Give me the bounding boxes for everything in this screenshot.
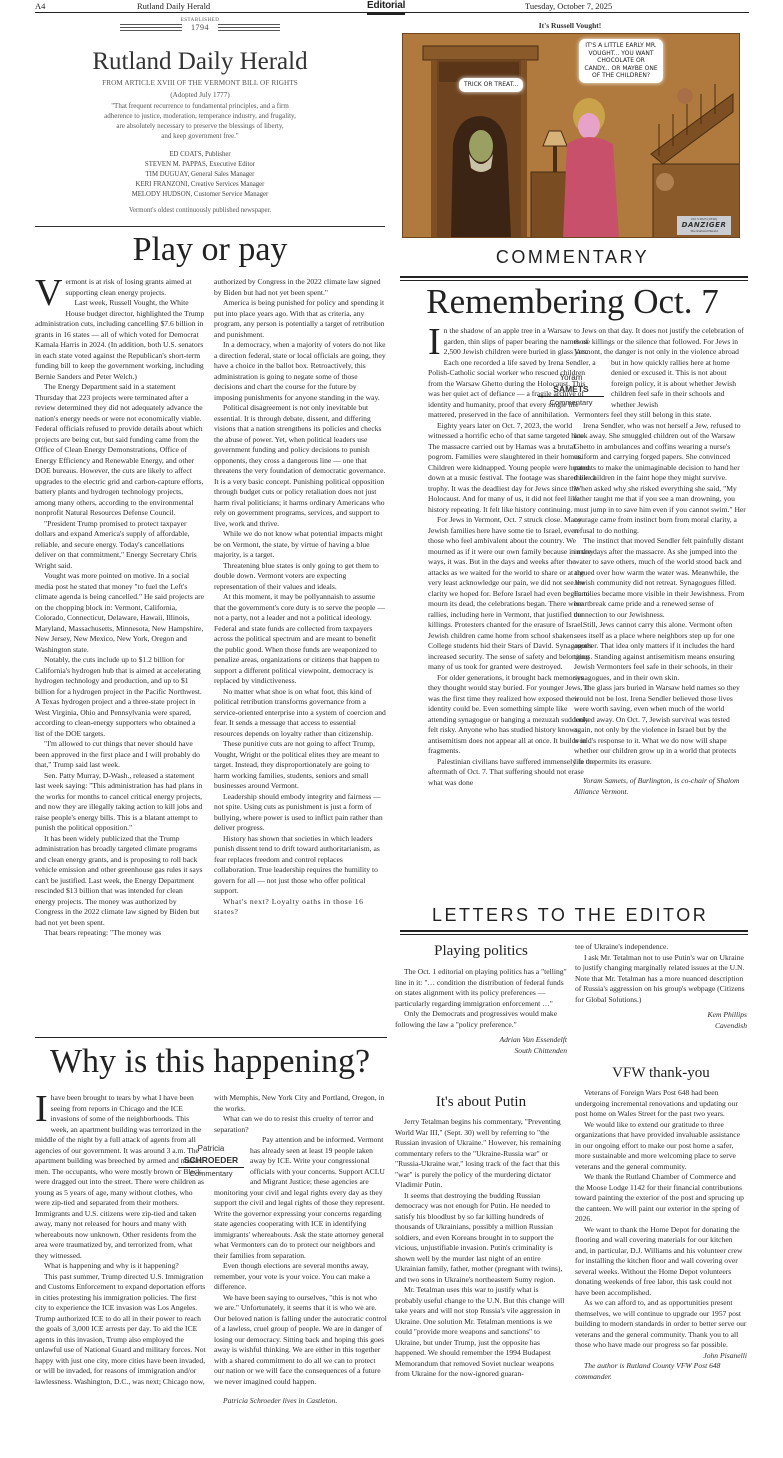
paragraph: Pay attention and be informed. Vermont h… (214, 1135, 387, 1188)
paragraph: Veterans of Foreign Wars Post 648 had be… (575, 1088, 747, 1120)
letter-vfw-thank-you: Veterans of Foreign Wars Post 648 had be… (575, 1088, 747, 1382)
paragraph: tee of Ukraine's independence. (575, 942, 747, 953)
editorial-column-2: authorized by Congress in the 2022 clima… (214, 277, 386, 918)
paragraph: "President Trump promised to protect tax… (35, 519, 205, 572)
letter-title: It's about Putin (395, 1093, 567, 1111)
paragraph: Still, Jews cannot carry this alone. Ver… (574, 620, 746, 683)
page-number: A4 (35, 0, 45, 12)
quote-line: "That frequent recurrence to fundamental… (35, 101, 365, 111)
paragraph: It has been widely publicized that the T… (35, 834, 205, 929)
double-divider (400, 930, 748, 935)
commentary-section-label: COMMENTARY (400, 247, 745, 268)
editorial-column-1: V ermont is at risk of losing grants aim… (35, 277, 205, 939)
author-note: Yoram Samets, of Burlington, is co-chair… (574, 776, 746, 797)
paragraph: Only the Democrats and progressives woul… (395, 1009, 567, 1030)
letter-playing-politics: The Oct. 1 editorial on playing politics… (395, 967, 567, 1056)
paragraph: The Energy Department said in a statemen… (35, 382, 205, 519)
issue-date: Tuesday, October 7, 2025 (525, 0, 612, 12)
quote-line: and keep government free." (35, 131, 365, 141)
speech-bubble-left: TRICK OR TREAT... (459, 78, 523, 92)
paragraph: Threatening blue states is only going to… (214, 561, 386, 593)
masthead-title: Rutland Daily Herald (35, 49, 365, 75)
letters-section-label: LETTERS TO THE EDITOR (432, 905, 742, 926)
paragraph: Mr. Tetalman uses this war to justify wh… (395, 1285, 567, 1380)
paragraph: Political disagreement is not only inevi… (214, 403, 386, 529)
cartoon-caption: It's Russell Vought! (400, 21, 740, 30)
paragraph: Eighty years later on Oct. 7, 2023, the … (428, 421, 596, 516)
established-badge: ESTABLISHED 1794 (178, 17, 222, 31)
divider (35, 226, 385, 227)
paragraph: to Jews on that day. It does not justify… (574, 326, 746, 358)
staff-entry: STEVEN M. PAPPAS, Executive Editor (35, 160, 365, 170)
paragraph: I ask Mr. Tetalman not to use Putin's wa… (575, 953, 747, 1006)
paragraph: Sen. Patty Murray, D-Wash., released a s… (35, 771, 205, 834)
paragraph: At this moment, it may be pollyannaish t… (214, 592, 386, 687)
paragraph: monitoring your civil and legal rights e… (214, 1188, 387, 1262)
paragraph: Vought was more pointed on motive. In a … (35, 571, 205, 655)
cartoon-illustration-icon (403, 34, 740, 238)
paragraph: For older generations, it brought back m… (428, 673, 596, 757)
commentary-column-2: to Jews on that day. It does not justify… (574, 326, 746, 797)
letter-title: VFW thank-you (575, 1064, 747, 1082)
commentary-headline: Remembering Oct. 7 (400, 282, 745, 322)
paragraph: This past summer, Trump directed U.S. Im… (35, 1272, 207, 1388)
decorative-lines (120, 24, 182, 34)
drop-cap: V (35, 278, 62, 309)
paragraph: Leadership should embody integrity and f… (214, 792, 386, 834)
paragraph: History has shown that societies in whic… (214, 834, 386, 897)
masthead-tagline: Vermont's oldest continuously published … (35, 207, 365, 214)
editorial-cartoon: TRICK OR TREAT... IT'S A LITTLE EARLY MR… (402, 33, 740, 238)
section-label: Editorial (367, 0, 405, 15)
paragraph: In a democracy, when a majority of voter… (214, 340, 386, 403)
paragraph: As we can afford to, and as opportunitie… (575, 1298, 747, 1351)
letter-author: Kem Phillips (575, 1010, 747, 1021)
drop-cap: I (428, 327, 441, 358)
staff-entry: ED COATS, Publisher (35, 150, 365, 160)
letter-author: John Pisanelli (575, 1351, 747, 1362)
paragraph: The glass jars buried in Warsaw held nam… (574, 683, 746, 767)
paragraph: America is being punished for policy and… (214, 298, 386, 340)
paragraph: with Memphis, New York City and Portland… (214, 1093, 387, 1114)
masthead: ESTABLISHED 1794 Rutland Daily Herald FR… (35, 17, 365, 232)
paragraph: For Jews in Vermont, Oct. 7 struck close… (428, 515, 596, 673)
quote-line: are absolutely necessary to preserve the… (35, 121, 365, 131)
divider (35, 1037, 387, 1038)
credit-source: The Rutland Herald (677, 229, 731, 233)
letter-town: Cavendish (575, 1021, 747, 1032)
established-year: 1794 (178, 24, 222, 31)
paragraph: Jerry Tetalman begins his commentary, "P… (395, 1117, 567, 1191)
speech-bubble-right: IT'S A LITTLE EARLY MR. VOUGHT... YOU WA… (579, 39, 663, 83)
letter-town: South Chittenden (395, 1046, 567, 1057)
editorial-headline: Play or pay (35, 231, 385, 269)
paragraph: We thank the Rutland Chamber of Commerce… (575, 1172, 747, 1225)
paragraph: We want to thank the Home Depot for dona… (575, 1225, 747, 1299)
paragraph: The Oct. 1 editorial on playing politics… (395, 967, 567, 1009)
quote-line: adherence to justice, moderation, temper… (35, 111, 365, 121)
staff-entry: TIM DUGUAY, General Sales Manager (35, 170, 365, 180)
paragraph: No matter what shoe is on what foot, thi… (214, 687, 386, 740)
paragraph: "I'm allowed to cut things that never sh… (35, 739, 205, 771)
letter-about-putin: Jerry Tetalman begins his commentary, "P… (395, 1117, 567, 1380)
letter-title: Playing politics (395, 942, 567, 960)
paragraph: Vermonters feel they still belong in thi… (574, 410, 746, 421)
established-emblem: ESTABLISHED 1794 (120, 17, 280, 43)
paragraph: What's next? Loyalty oaths in those 16 s… (214, 897, 386, 918)
masthead-subtitle: FROM ARTICLE XVIII OF THE VERMONT BILL O… (35, 79, 365, 87)
schroeder-headline: Why is this happening? (35, 1043, 385, 1081)
paragraph: It seems that destroying the budding Rus… (395, 1191, 567, 1286)
paragraph: Even though elections are several months… (214, 1261, 387, 1293)
paragraph: The instinct that moved Sendler felt pai… (574, 536, 746, 620)
paragraph: These punitive cuts are not going to aff… (214, 739, 386, 792)
decorative-lines (218, 24, 280, 34)
paragraph: Irena Sendler, who was not herself a Jew… (574, 421, 746, 537)
author-note: Patricia Schroeder lives in Castleton. (214, 1396, 387, 1407)
staff-list: ED COATS, Publisher STEVEN M. PAPPAS, Ex… (35, 150, 365, 200)
paragraph: authorized by Congress in the 2022 clima… (214, 277, 386, 298)
letter-about-putin-continued: tee of Ukraine's independence. I ask Mr.… (575, 942, 747, 1031)
paragraph: We have been saying to ourselves, "this … (214, 1293, 387, 1388)
credit-artist: DANZIGER (677, 221, 731, 229)
paragraph: What can we do to resist this cruelty of… (214, 1114, 387, 1135)
staff-entry: KERI FRANZONI, Creative Services Manager (35, 180, 365, 190)
letter-author: Adrian Van Essendelft (395, 1035, 567, 1046)
paragraph: We would like to extend our gratitude to… (575, 1120, 747, 1173)
schroeder-column-1: I have been brought to tears by what I h… (35, 1093, 207, 1387)
paragraph: What is happening and why is it happenin… (35, 1261, 207, 1272)
paragraph: but in how quickly rallies here at home … (574, 358, 746, 411)
paragraph: That bears repeating: "The money was (35, 928, 205, 939)
author-note: The author is Rutland County VFW Post 64… (575, 1361, 747, 1382)
double-divider (400, 276, 748, 281)
schroeder-column-2: with Memphis, New York City and Portland… (214, 1093, 387, 1407)
page-header: A4 Rutland Daily Herald Editorial Tuesda… (35, 0, 749, 13)
masthead-adopted: (Adopted July 1777) (35, 91, 365, 99)
paper-name: Rutland Daily Herald (137, 0, 210, 12)
cartoon-credit: Oct 5 2025 (1830) DANZIGER The Rutland H… (677, 216, 731, 235)
masthead-quote: "That frequent recurrence to fundamental… (35, 101, 365, 141)
drop-cap: I (35, 1094, 48, 1125)
paragraph: Notably, the cuts include up to $1.2 bil… (35, 655, 205, 739)
paragraph: While we do not know what potential impa… (214, 529, 386, 561)
staff-entry: MELODY HUDSON, Customer Service Manager (35, 190, 365, 200)
paragraph: Palestinian civilians have suffered imme… (428, 757, 596, 789)
